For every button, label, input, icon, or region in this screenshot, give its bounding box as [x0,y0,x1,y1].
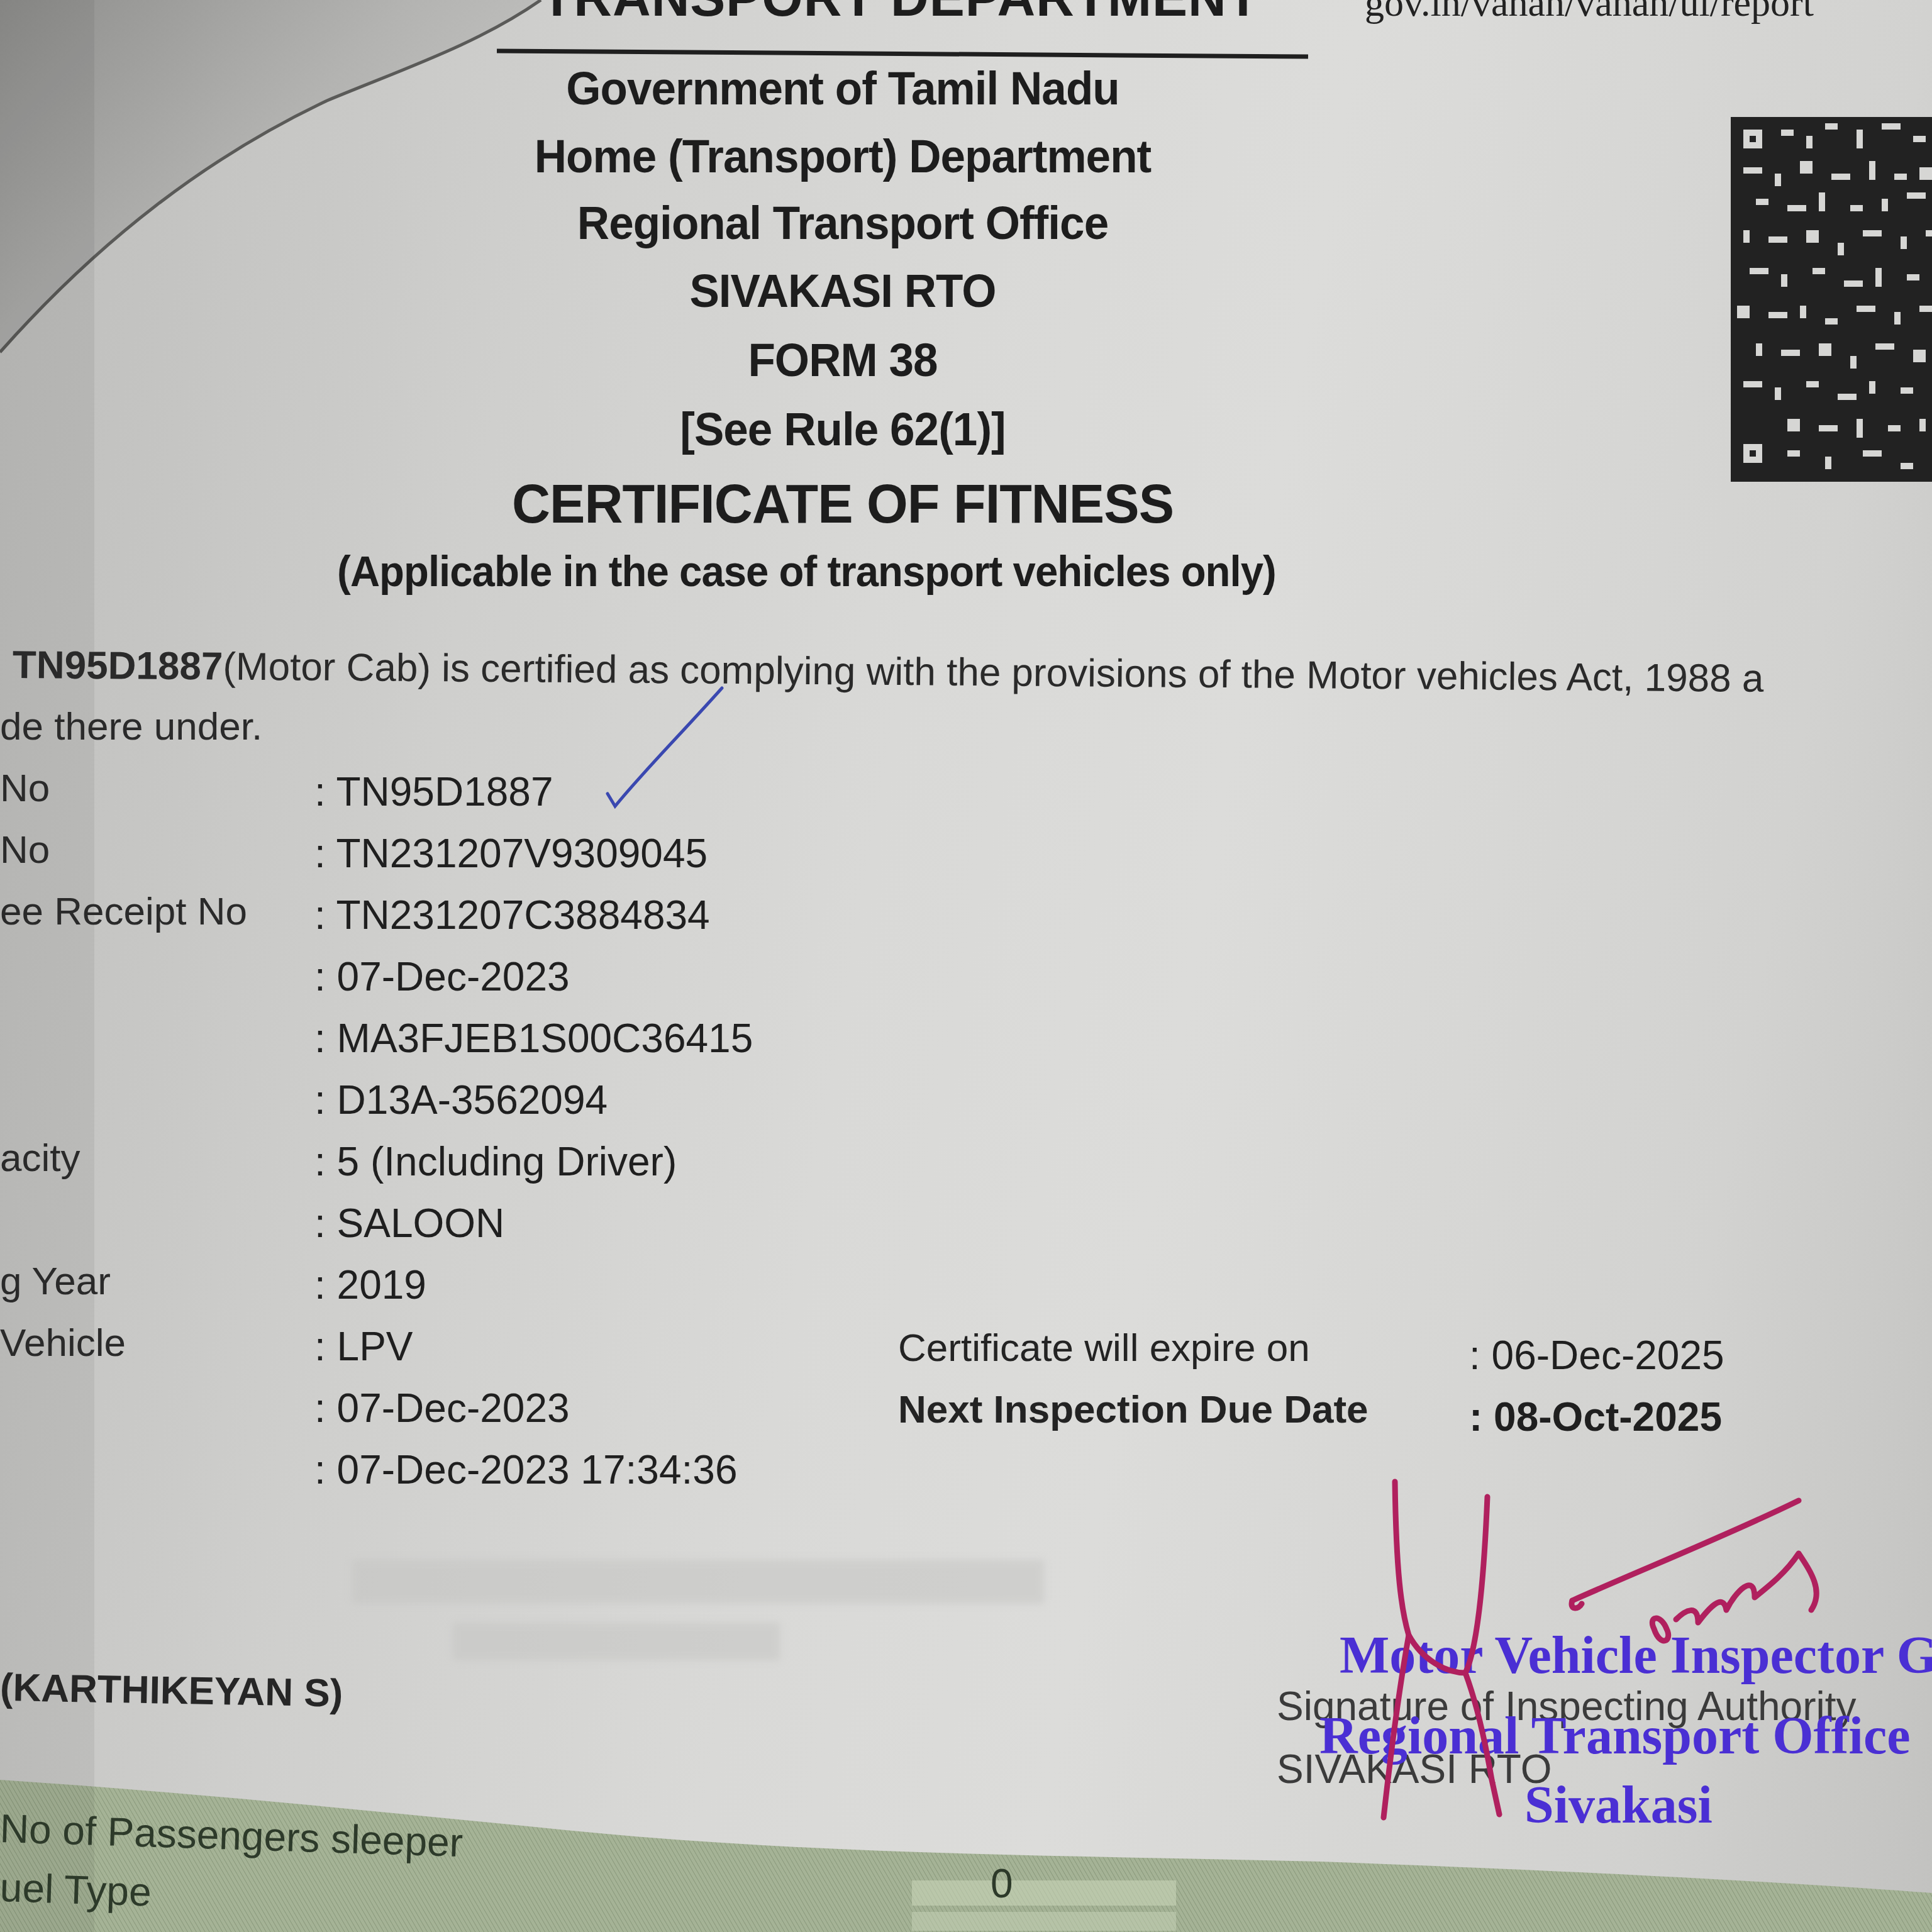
field-value: : 5 (Including Driver) [314,1138,677,1185]
underlying-value: 0 [991,1860,1013,1907]
header-line-rto: Regional Transport Office [34,196,1652,250]
qr-code [1731,117,1932,482]
field-value: : TN231207V9309045 [314,830,708,877]
bleed-through-text-2 [453,1623,780,1660]
certificate-photo: TRANSPORT DEPARTMENT gov.in/vahan/vahan/… [0,0,1932,1932]
expire-label: Certificate will expire on [898,1326,1310,1370]
statement-vehicle-no: TN95D1887 [13,643,223,689]
stamp-line-1: Motor Vehicle Inspector G [1340,1625,1932,1686]
statement-line-2: de there under. [0,704,262,749]
report-url: gov.in/vahan/vahan/ui/report [1365,0,1814,26]
field-value: : TN231207C3884834 [314,892,710,938]
underlying-fuel-label: uel Type [0,1864,152,1916]
field-value: : LPV [314,1323,413,1370]
expire-value: : 06-Dec-2025 [1469,1332,1724,1379]
field-value: : 2019 [314,1262,426,1308]
inspection-value: : 08-Oct-2025 [1469,1394,1722,1440]
field-value: : 07-Dec-2023 [314,1385,570,1431]
field-label: ee Receipt No [0,889,247,934]
inspection-label: Next Inspection Due Date [898,1387,1368,1432]
field-value: : SALOON [314,1200,504,1246]
field-label: acity [0,1136,80,1180]
field-value: : 07-Dec-2023 17:34:36 [314,1446,737,1493]
certificate-subtitle: (Applicable in the case of transport veh… [337,547,1276,596]
underlying-passengers-label: No of Passengers sleeper [0,1805,464,1866]
top-banner: TRANSPORT DEPARTMENT [541,0,1260,28]
header-line-form: FORM 38 [34,333,1652,387]
header-line-office: SIVAKASI RTO [34,264,1652,318]
header-line-rule: [See Rule 62(1)] [34,402,1652,456]
statement-text: (Motor Cab) is certified as complying wi… [223,645,1764,701]
field-label: No [0,766,50,811]
header-line-government: Government of Tamil Nadu [34,62,1652,115]
header-line-department: Home (Transport) Department [34,130,1652,183]
certificate-title: CERTIFICATE OF FITNESS [34,472,1652,536]
bleed-through-text [352,1560,1044,1604]
field-value: : MA3FJEB1S00C36415 [314,1015,753,1062]
statement-line-1: TN95D1887(Motor Cab) is certified as com… [13,643,1764,701]
owner-name: (KARTHIKEYAN S) [0,1665,343,1716]
stamp-line-3: Sivakasi [1524,1775,1713,1836]
header-rule [497,48,1308,58]
field-value: : TN95D1887 [314,769,553,815]
stamp-line-2: Regional Transport Office [1319,1706,1910,1767]
field-value: : D13A-3562094 [314,1077,608,1123]
field-label: No [0,828,50,872]
field-label: g Year [0,1259,111,1304]
field-label: Vehicle [0,1321,126,1365]
field-value: : 07-Dec-2023 [314,953,570,1000]
